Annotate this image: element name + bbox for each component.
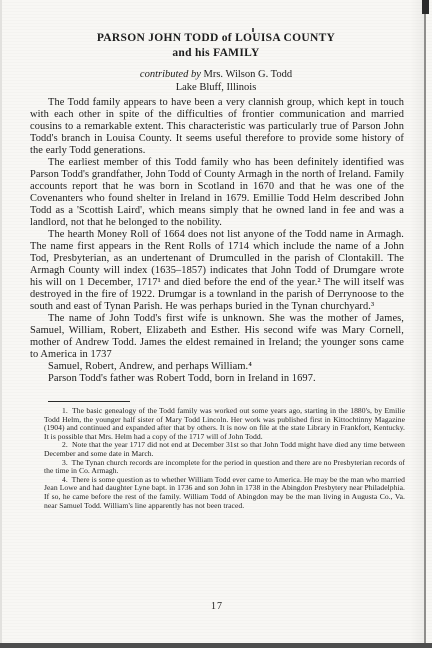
- footnote-4: 4. There is some question as to whether …: [33, 476, 405, 510]
- body-paragraph-1: The Todd family appears to have been a v…: [30, 97, 404, 157]
- footnotes: 1. The basic genealogy of the Todd famil…: [33, 407, 405, 510]
- footnote-2: 2. Note that the year 1717 did not end a…: [33, 441, 405, 458]
- scan-edge-left: [0, 0, 2, 648]
- family-list-line: Samuel, Robert, Andrew, and perhaps Will…: [30, 361, 404, 373]
- byline-prefix: contributed by: [140, 69, 201, 80]
- byline-location: Lake Bluff, Illinois: [0, 81, 432, 94]
- byline-name: Mrs. Wilson G. Todd: [203, 69, 292, 80]
- footnote-1: 1. The basic genealogy of the Todd famil…: [33, 407, 405, 441]
- closing-paragraph: Parson Todd's father was Robert Todd, bo…: [30, 373, 404, 385]
- scan-mark-top-right: [422, 0, 429, 14]
- body-paragraph-2: The earliest member of this Todd family …: [30, 157, 404, 229]
- scan-bar-bottom: [0, 643, 432, 648]
- title-line-1: PARSON JOHN TODD of LOUISA COUNTY: [0, 31, 432, 46]
- document-page: PARSON JOHN TODD of LOUISA COUNTY and hi…: [0, 0, 432, 648]
- page-title: PARSON JOHN TODD of LOUISA COUNTY and hi…: [0, 31, 432, 60]
- title-line-2: and his FAMILY: [0, 46, 432, 61]
- footnote-3: 3. The Tynan church records are incomple…: [33, 459, 405, 476]
- header: PARSON JOHN TODD of LOUISA COUNTY and hi…: [0, 0, 432, 94]
- scan-edge-line-right: [424, 0, 426, 648]
- page-number: 17: [30, 601, 404, 612]
- footnote-text: There is some question as to whether Wil…: [44, 475, 405, 510]
- body-paragraph-3: The hearth Money Roll of 1664 does not l…: [30, 229, 404, 313]
- body-paragraph-4: The name of John Todd's first wife is un…: [30, 313, 404, 361]
- article-body: The Todd family appears to have been a v…: [30, 97, 404, 510]
- footnote-text: Note that the year 1717 did not end at D…: [44, 440, 405, 458]
- scan-speck: [252, 28, 254, 32]
- footnote-text: The Tynan church records are incomplete …: [44, 458, 405, 476]
- footnote-divider: [48, 401, 130, 402]
- footnote-text: The basic genealogy of the Todd family w…: [44, 406, 405, 441]
- byline: contributed by Mrs. Wilson G. Todd: [0, 68, 432, 81]
